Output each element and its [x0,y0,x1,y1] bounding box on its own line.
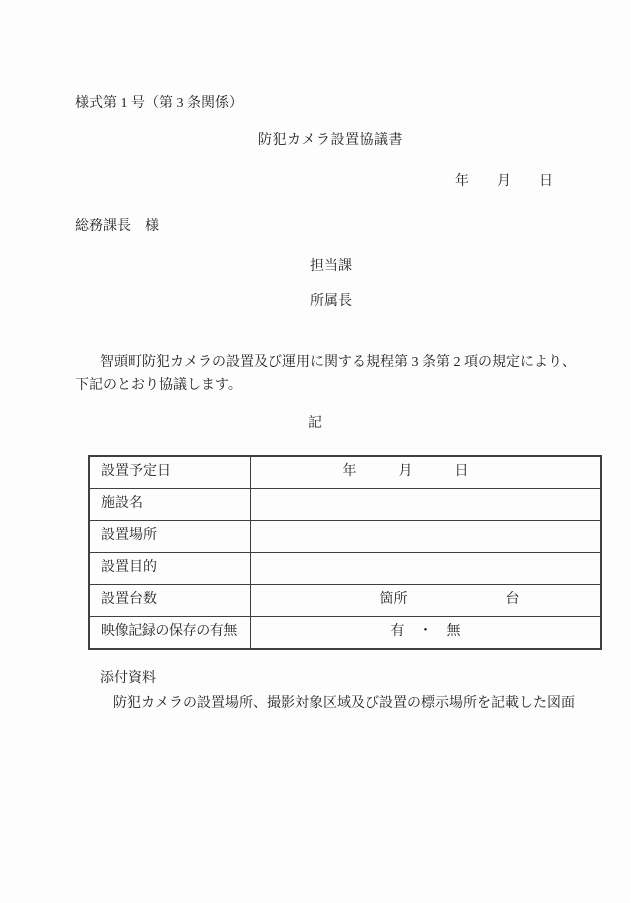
sender-chief-label: 所属長 [310,294,352,310]
ki-marker: 記 [0,416,630,432]
sender-department-label: 担当課 [310,259,352,275]
attachment-heading: 添付資料 [100,671,156,687]
row-label: 設置場所 [89,521,251,553]
date-blank-line: 年 月 日 [455,174,553,190]
row-value-blank [251,489,602,521]
addressee-line: 総務課長 様 [75,219,159,235]
row-value-count-blank: 箇所 台 [251,585,602,617]
row-value-date-blank: 年 月 日 [251,456,602,489]
row-label: 設置台数 [89,585,251,617]
table-row-installation-purpose: 設置目的 [89,553,601,585]
row-value-blank [251,553,602,585]
attachment-description: 防犯カメラの設置場所、撮影対象区域及び設置の標示場所を記載した図面 [113,696,575,712]
installation-details-table: 設置予定日 年 月 日 施設名 設置場所 設置目的 設置台数 箇所 台 映 [88,455,602,650]
table-row-unit-count: 設置台数 箇所 台 [89,585,601,617]
table-row-facility-name: 施設名 [89,489,601,521]
row-label: 設置目的 [89,553,251,585]
row-value-yes-no: 有 ・ 無 [251,617,602,650]
row-label: 映像記録の保存の有無 [89,617,251,650]
body-paragraph-line-1: 智頭町防犯カメラの設置及び運用に関する規程第 3 条第 2 項の規定により、 [100,355,576,371]
row-label: 設置予定日 [89,456,251,489]
form-number: 様式第 1 号（第 3 条関係） [75,96,243,112]
body-paragraph-line-2: 下記のとおり協議します。 [75,378,242,394]
row-value-blank [251,521,602,553]
document-page: 様式第 1 号（第 3 条関係） 防犯カメラ設置協議書 年 月 日 総務課長 様… [0,0,630,903]
table-row-installation-place: 設置場所 [89,521,601,553]
table-row-recording-storage: 映像記録の保存の有無 有 ・ 無 [89,617,601,650]
row-label: 施設名 [89,489,251,521]
table-row-planned-date: 設置予定日 年 月 日 [89,456,601,489]
document-title: 防犯カメラ設置協議書 [258,133,403,149]
